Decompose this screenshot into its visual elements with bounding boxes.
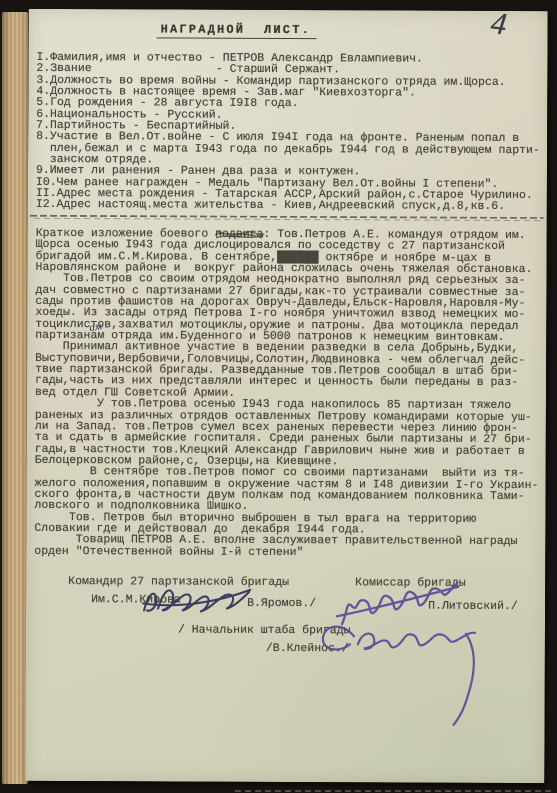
ink-overwrite-mark — [214, 228, 266, 241]
commander-name-label: В.Яромов./ — [247, 597, 316, 610]
scan-background: 4 НАГРАДНОЙ ЛИСТ. I.Фамилия,имя и отчест… — [0, 0, 557, 793]
typed-line: I2.Адрес настоящ.места жительства - Киев… — [36, 199, 542, 213]
dashed-separator — [30, 215, 544, 222]
scan-edge-artifact — [235, 790, 555, 792]
handwritten-page-number: 4 — [488, 5, 527, 51]
commander-signature — [138, 584, 253, 617]
photographed-archive-scan: { "page": { "page_number": "4", "title":… — [0, 0, 557, 793]
citation-body-section: Краткое изложение боевого подвига: Тов.П… — [34, 228, 543, 559]
chief-of-staff-signature — [316, 618, 496, 731]
document-title: НАГРАДНОЙ ЛИСТ. — [157, 22, 317, 39]
document-page: 4 НАГРАДНОЙ ЛИСТ. I.Фамилия,имя и отчест… — [25, 9, 547, 783]
handwritten-correction: ам — [88, 320, 102, 334]
book-binding-edge — [2, 12, 28, 784]
numbered-items-section: I.Фамилия,имя и отчество - ПЕТРОВ Алекса… — [36, 52, 543, 213]
